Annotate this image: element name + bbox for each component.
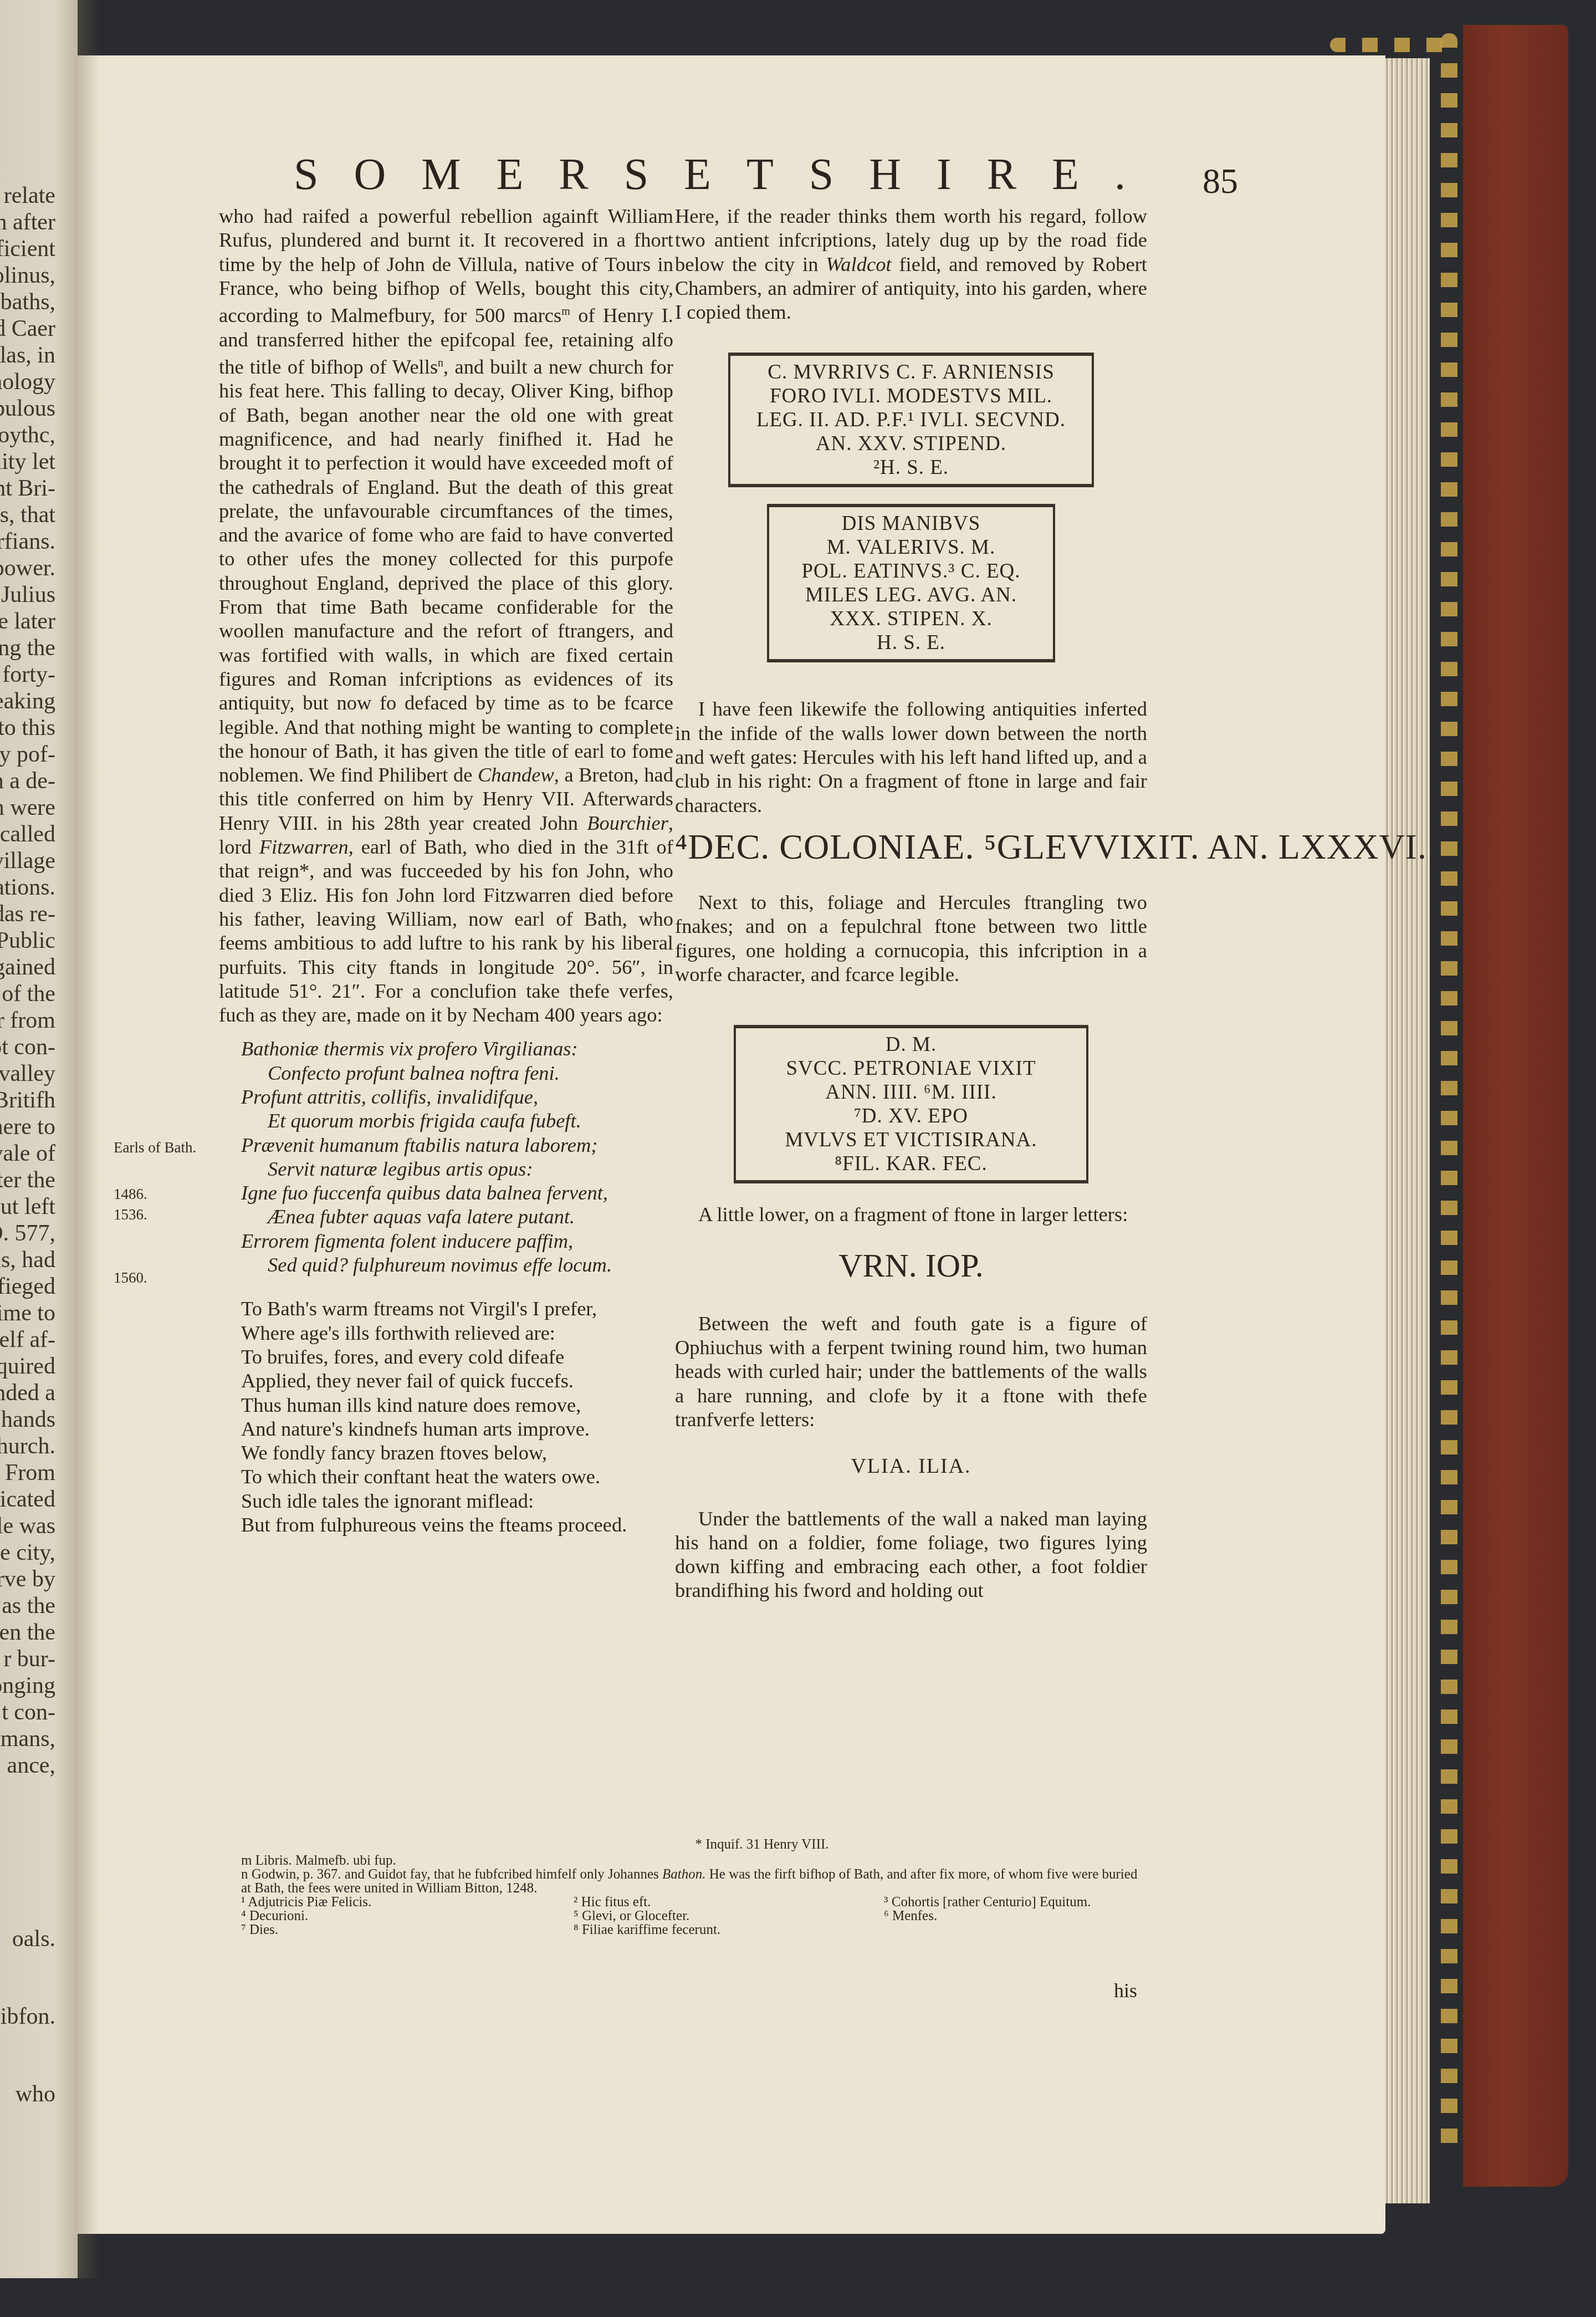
body-paragraph: Next to this, foliage and Hercules ftran… (675, 890, 1147, 986)
inscription-colonia: ⁴DEC. COLONIAE. ⁵GLEVVIXIT. AN. LXXXVI. (675, 826, 1147, 868)
inscription-line: ⁴DEC. COLONIAE. ⁵GLEV (675, 827, 1093, 866)
inscription-vlia-ilia: VLIA. ILIA. (675, 1454, 1147, 1478)
verse-line: And nature's kindnefs human arts improve… (241, 1417, 673, 1441)
body-paragraph: A little lower, on a fragment of ftone i… (675, 1202, 1147, 1226)
margin-note: Earls of Bath. (114, 1139, 196, 1156)
gilt-border-decoration (1441, 33, 1457, 2151)
verse-line: Igne fuo fuccenfa quibus data balnea fer… (241, 1181, 673, 1205)
footnote-item: ² Hic fitus eft. (574, 1895, 884, 1909)
footnote-item: ¹ Adjutricis Piæ Felicis. (241, 1895, 574, 1909)
footnotes: * Inquif. 31 Henry VIII. m Libris. Malme… (219, 1838, 1150, 1937)
inscription-line: LEG. II. AD. P.F.¹ IVLI. SECVND. (734, 408, 1088, 432)
gilt-border-top-decoration (1330, 38, 1457, 52)
inscription-line: MVLVS ET VICTISIRANA. (739, 1128, 1083, 1152)
footnote-item: ³ Cohortis [rather Centurio] Equitum. (884, 1895, 1091, 1909)
catchword: his (1114, 1979, 1137, 2002)
english-verse: To Bath's warm ftreams not Virgil's I pr… (241, 1297, 673, 1537)
inscription-line: ²H. S. E. (734, 456, 1088, 479)
inscription-line: ⁸FIL. KAR. FEC. (739, 1152, 1083, 1176)
inscription-line: XXX. STIPEN. X. (773, 607, 1050, 631)
inscription-murrius: C. MVRRIVS C. F. ARNIENSISFORO IVLI. MOD… (728, 353, 1094, 487)
footnote-item: ⁸ Filiae kariffime fecerunt. (574, 1923, 884, 1937)
page-edges (1380, 58, 1430, 2203)
verse-line: Sed quid? fulphureum novimus effe locum. (241, 1253, 673, 1277)
body-paragraph: Between the weft and fouth gate is a fig… (675, 1311, 1147, 1431)
footnote-m: m Libris. Malmefb. ubi fup. (219, 1854, 1150, 1867)
inscription-line: ANN. IIII. ⁶M. IIII. (739, 1080, 1083, 1104)
verse-line: We fondly fancy brazen ftoves below, (241, 1441, 673, 1464)
verse-line: Applied, they never fail of quick fuccef… (241, 1369, 673, 1392)
inscription-valerius: DIS MANIBVSM. VALERIVS. M.POL. EATINVS.³… (767, 504, 1055, 662)
gutter-shadow (78, 0, 100, 2278)
verse-line: Errorem figmenta folent inducere paffim, (241, 1229, 673, 1253)
left-page-line: who (16, 2079, 55, 2110)
latin-verse: Bathoniæ thermis vix profero Virgilianas… (241, 1037, 673, 1277)
body-paragraph: I have feen likewife the following antiq… (675, 697, 1147, 816)
footnote-item: ⁵ Glevi, or Glocefter. (574, 1909, 884, 1923)
inscription-vrn-iop: VRN. IOP. (675, 1254, 1147, 1278)
running-head: SOMERSETSHIRE. (294, 150, 1125, 200)
inscription-line: MILES LEG. AVG. AN. (773, 583, 1050, 607)
left-page-line: ibfon. (1, 2001, 55, 2033)
book-cover (1463, 25, 1568, 2187)
verse-line: Thus human ills kind nature does remove, (241, 1393, 673, 1417)
margin-note: 1560. (114, 1269, 147, 1287)
intro-paragraph: Here, if the reader thinks them worth hi… (675, 204, 1147, 324)
body-paragraph: Under the battlements of the wall a nake… (675, 1507, 1147, 1602)
inscription-petronia: D. M.SVCC. PETRONIAE VIXITANN. IIII. ⁶M.… (734, 1025, 1088, 1183)
inscription-line: VIXIT. AN. LXXXVI. (1093, 827, 1427, 866)
inscription-line: D. M. (739, 1033, 1083, 1057)
inscription-line: DIS MANIBVS (773, 512, 1050, 535)
margin-note: 1486. (114, 1186, 147, 1203)
verse-line: To Bath's warm ftreams not Virgil's I pr… (241, 1297, 673, 1320)
verse-line: Profunt attritis, collifis, invalidifque… (241, 1085, 673, 1109)
inscription-line: C. MVRRIVS C. F. ARNIENSIS (734, 360, 1088, 384)
footnote-item: ⁷ Dies. (241, 1923, 574, 1937)
footnote-n: n Godwin, p. 367. and Guidot fay, that h… (219, 1867, 1150, 1895)
left-page-fragment: eks relatebath afterfufficientSolinus,ef… (0, 0, 78, 2278)
verse-line: Servit naturæ legibus artis opus: (241, 1157, 673, 1181)
verse-line: Where age's ills forthwith relieved are: (241, 1321, 673, 1345)
inscription-line: SVCC. PETRONIAE VIXIT (739, 1057, 1083, 1080)
verse-line: To bruifes, fores, and every cold difeaf… (241, 1345, 673, 1369)
footnote-item: ⁶ Menfes. (884, 1909, 937, 1923)
inscription-line: POL. EATINVS.³ C. EQ. (773, 559, 1050, 583)
body-paragraph: who had raifed a powerful rebellion agai… (219, 204, 673, 1027)
verse-line: Et quorum morbis frigida caufa fubeft. (241, 1109, 673, 1132)
footnote-star: * Inquif. 31 Henry VIII. (219, 1838, 1150, 1851)
verse-line: Such idle tales the ignorant miflead: (241, 1489, 673, 1513)
verse-line: Bathoniæ thermis vix profero Virgilianas… (241, 1037, 673, 1060)
left-page-line: oals. (12, 1923, 55, 1955)
inscription-line: H. S. E. (773, 631, 1050, 655)
footnote-item: ⁴ Decurioni. (241, 1909, 574, 1923)
margin-note: 1536. (114, 1206, 147, 1223)
left-column: who had raifed a powerful rebellion agai… (219, 204, 673, 1537)
verse-line: Prævenit humanum ftabilis natura laborem… (241, 1133, 673, 1157)
inscription-line: M. VALERIVS. M. (773, 535, 1050, 559)
verse-line: Confecto profunt balnea noftra feni. (241, 1061, 673, 1085)
verse-line: To which their conftant heat the waters … (241, 1464, 673, 1488)
page-number: 85 (1203, 161, 1238, 202)
inscription-line: FORO IVLI. MODESTVS MIL. (734, 384, 1088, 408)
verse-line: But from fulphureous veins the fteams pr… (241, 1513, 673, 1537)
verse-line: Ænea fubter aquas vafa latere putant. (241, 1205, 673, 1228)
inscription-line: ⁷D. XV. EPO (739, 1104, 1083, 1128)
right-column: Here, if the reader thinks them worth hi… (675, 204, 1147, 1602)
inscription-line: AN. XXV. STIPEND. (734, 432, 1088, 456)
left-page-line: ance, (7, 1750, 55, 1782)
